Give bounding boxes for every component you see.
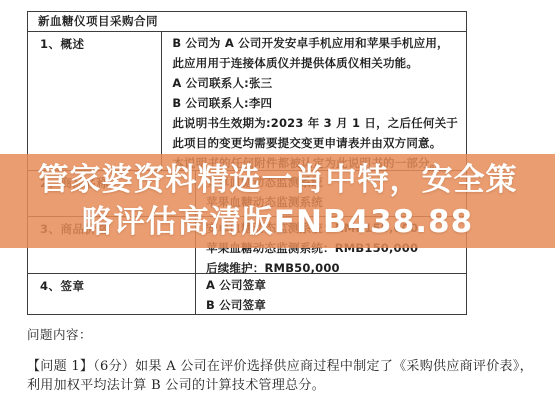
- table-title: 新血糖仪项目采购合同: [28, 12, 466, 31]
- question-heading: 问题内容：: [27, 325, 92, 343]
- row-content: A 公司签章 B 公司签章: [196, 274, 466, 314]
- row-label: 4、签章: [28, 274, 196, 314]
- contract-table: 新血糖仪项目采购合同 1、概述 B 公司为 A 公司开发安卓手机应用和苹果手机应…: [27, 11, 467, 315]
- row-label: 2、商品名称: [28, 171, 196, 216]
- table-cell-line: 苹果血糖动态监测系统: [206, 192, 458, 212]
- table-cell-line: 安卓血糖动态监测系统: [206, 172, 458, 192]
- table-row-signature: 4、签章 A 公司签章 B 公司签章: [28, 273, 466, 314]
- table-cell-line: B 公司为 A 公司开发安卓手机应用和苹果手机应用，: [172, 33, 458, 53]
- table-cell-line: B 公司签章: [206, 295, 458, 315]
- table-cell-line: 此说明书生效期为:2023 年 3 月 1 日，之后任何关于: [172, 113, 458, 133]
- table-cell-line: 本说明书的任何附件都被认定为此说明书的一部分。: [172, 153, 458, 173]
- table-cell-line: A 公司联系人:张三: [172, 73, 458, 93]
- row-content: B 公司为 A 公司开发安卓手机应用和苹果手机应用， 此应用用于连接体质仪并提供…: [162, 32, 466, 170]
- table-row-product-name: 2、商品名称 安卓血糖动态监测系统 苹果血糖动态监测系统: [28, 170, 466, 216]
- document-page: 新血糖仪项目采购合同 1、概述 B 公司为 A 公司开发安卓手机应用和苹果手机应…: [0, 0, 555, 400]
- table-row-product-price: 3、商品价格 安卓血糖动态监测系统：RMB150,000 苹果血糖动态监测系统：…: [28, 216, 466, 273]
- question-body: 【问题 1】（6分）如果 A 公司在评价选择供应商过程中制定了《采购供应商评价表…: [27, 357, 533, 395]
- table-cell-line: A 公司签章: [206, 275, 458, 295]
- table-cell-line: B 公司联系人:李四: [172, 93, 458, 113]
- table-cell-line: 此项目的变更均需要提交变更申请表并由双方同意。: [172, 133, 458, 153]
- table-cell-line: 安卓血糖动态监测系统：RMB150,000: [206, 218, 458, 238]
- row-content: 安卓血糖动态监测系统 苹果血糖动态监测系统: [196, 171, 466, 216]
- table-row-overview: 1、概述 B 公司为 A 公司开发安卓手机应用和苹果手机应用， 此应用用于连接体…: [28, 31, 466, 170]
- table-cell-line: 此应用用于连接体质仪并提供体质仪相关功能。: [172, 53, 458, 73]
- row-content: 安卓血糖动态监测系统：RMB150,000 苹果血糖动态监测系统：RMB150,…: [196, 217, 466, 273]
- table-cell-line: 苹果血糖动态监测系统：RMB150,000: [206, 238, 458, 258]
- row-label: 1、概述: [28, 32, 162, 170]
- row-label: 3、商品价格: [28, 217, 196, 273]
